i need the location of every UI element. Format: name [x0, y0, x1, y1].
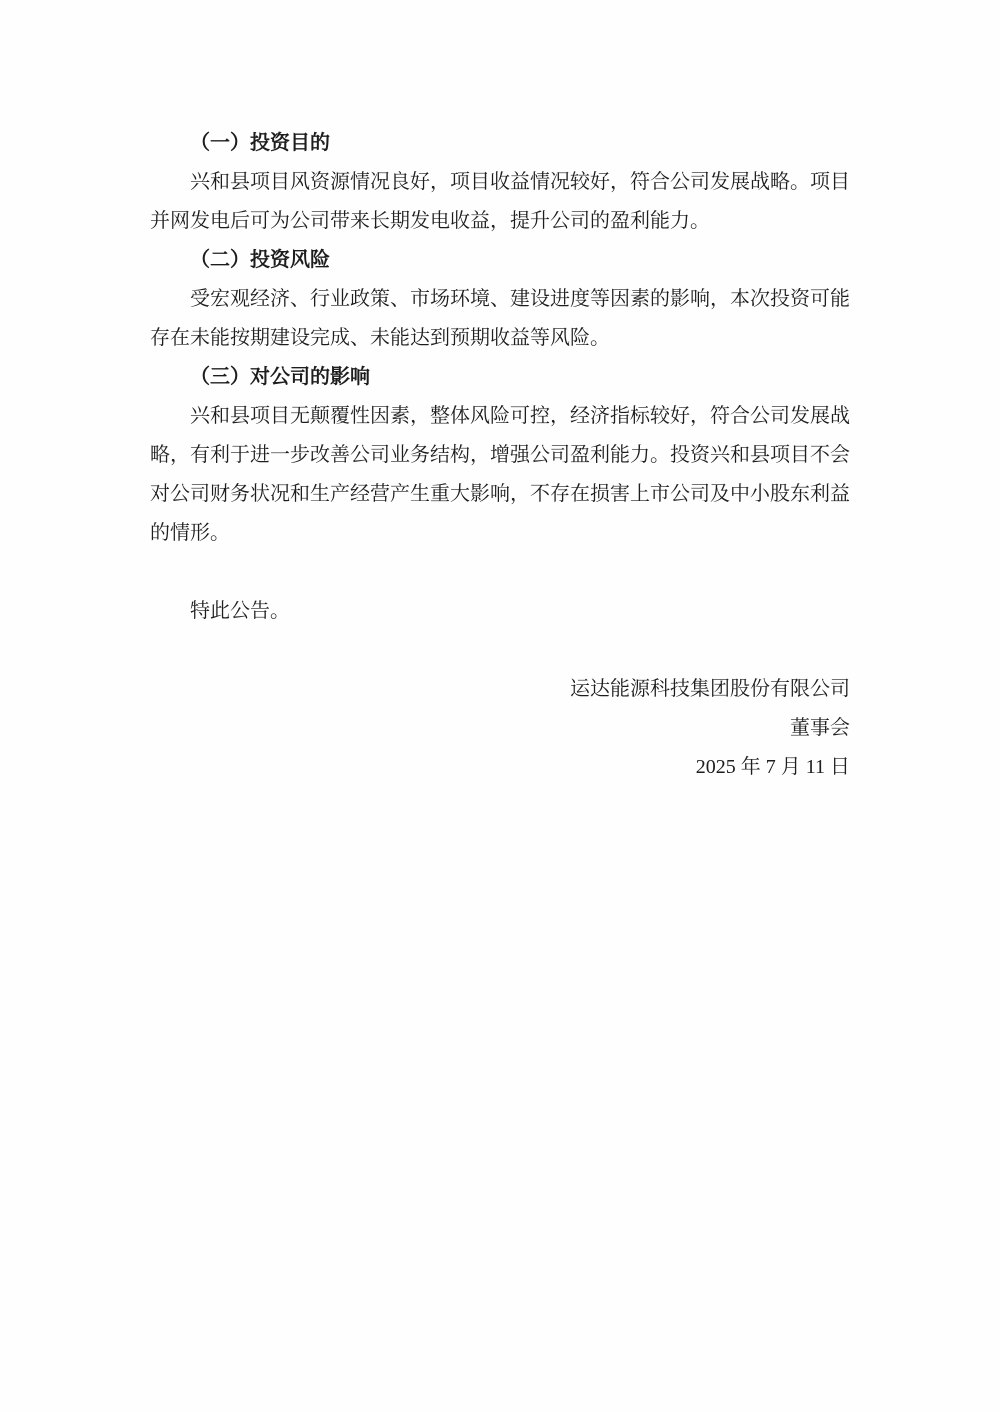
signature-board: 董事会 [150, 709, 850, 748]
blank-line [150, 553, 850, 592]
section-paragraph: 受宏观经济、行业政策、市场环境、建设进度等因素的影响，本次投资可能存在未能按期建… [150, 280, 850, 358]
section-heading: （二）投资风险 [150, 241, 850, 280]
blank-line [150, 631, 850, 670]
signature-date: 2025 年 7 月 11 日 [150, 748, 850, 787]
section-investment-purpose: （一）投资目的 兴和县项目风资源情况良好，项目收益情况较好，符合公司发展战略。项… [150, 124, 850, 241]
signature-block: 运达能源科技集团股份有限公司 董事会 2025 年 7 月 11 日 [150, 670, 850, 787]
section-investment-risk: （二）投资风险 受宏观经济、行业政策、市场环境、建设进度等因素的影响，本次投资可… [150, 241, 850, 358]
document-page: （一）投资目的 兴和县项目风资源情况良好，项目收益情况较好，符合公司发展战略。项… [0, 0, 1000, 1414]
signature-company: 运达能源科技集团股份有限公司 [150, 670, 850, 709]
section-heading: （一）投资目的 [150, 124, 850, 163]
section-impact-on-company: （三）对公司的影响 兴和县项目无颠覆性因素，整体风险可控，经济指标较好，符合公司… [150, 358, 850, 553]
section-paragraph: 兴和县项目无颠覆性因素，整体风险可控，经济指标较好，符合公司发展战略，有利于进一… [150, 397, 850, 553]
announcement-body: （一）投资目的 兴和县项目风资源情况良好，项目收益情况较好，符合公司发展战略。项… [150, 124, 850, 787]
section-heading: （三）对公司的影响 [150, 358, 850, 397]
closing-statement: 特此公告。 [150, 592, 850, 631]
section-paragraph: 兴和县项目风资源情况良好，项目收益情况较好，符合公司发展战略。项目并网发电后可为… [150, 163, 850, 241]
